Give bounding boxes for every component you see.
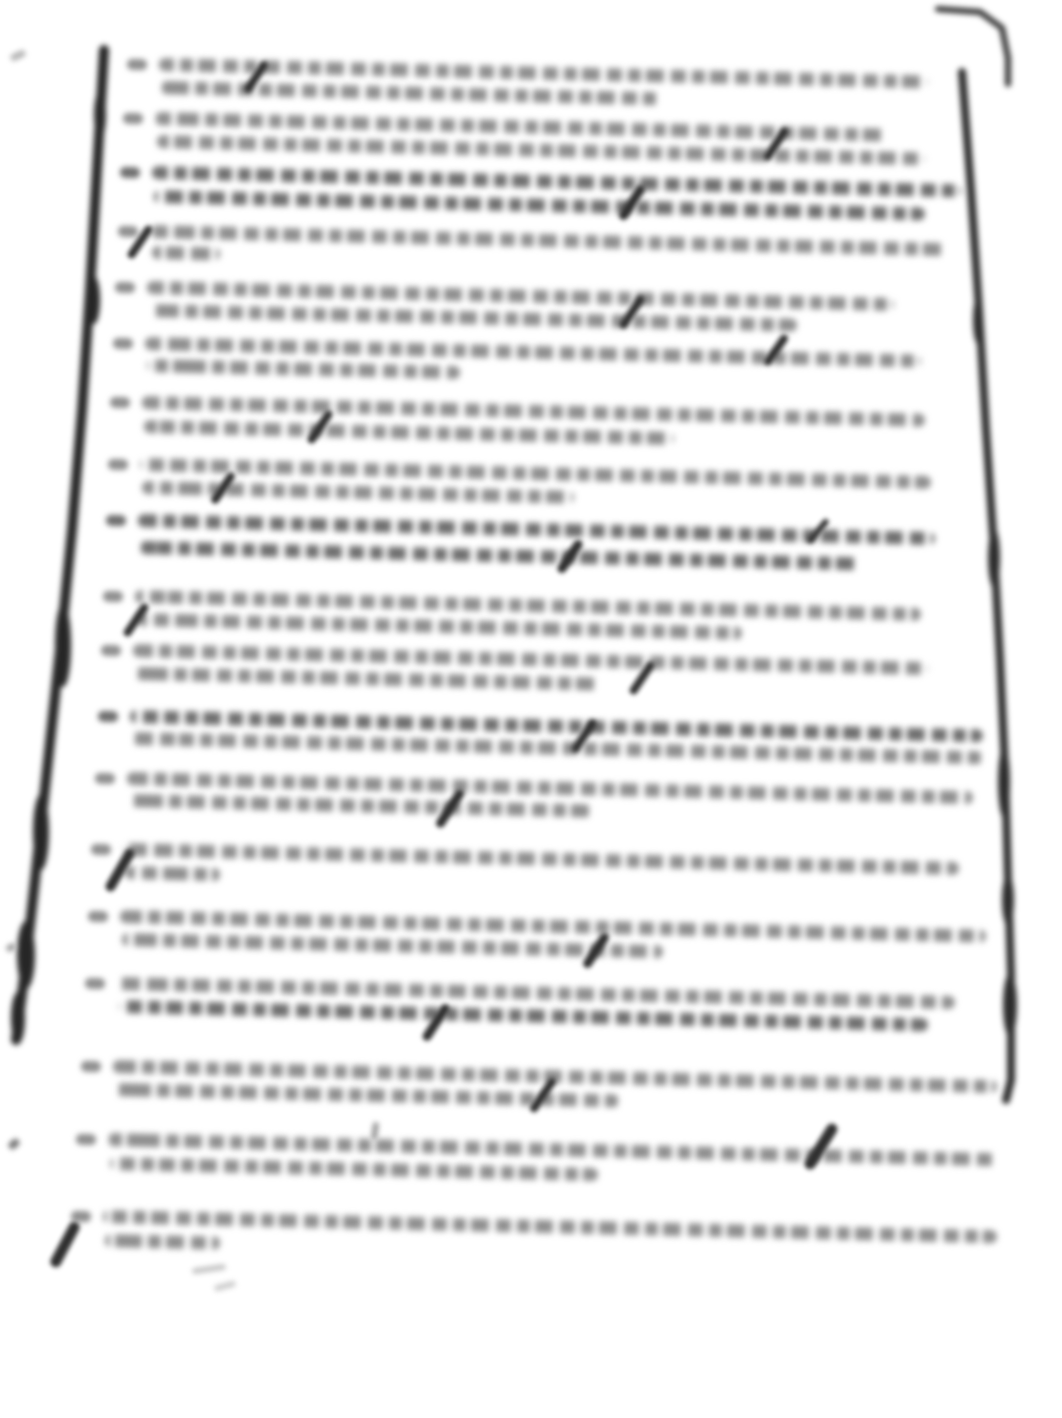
scanned-exam-page [0,0,1062,1418]
text-line-blurred [152,246,220,261]
question-number-blurred [95,773,115,784]
question-number-blurred [115,282,135,293]
question-number-blurred [98,711,118,722]
text-line-blurred [110,1157,598,1181]
text-line-blurred [140,541,860,570]
text-line-blurred [123,843,959,875]
question-number-blurred [76,1134,96,1145]
pen-checkmark [48,1219,81,1268]
pen-checkmark [803,1121,840,1171]
question-number-blurred [103,591,123,602]
question-number-blurred [123,113,143,124]
text-line-blurred [147,359,460,379]
question-number-blurred [85,978,105,989]
stray-smudge [371,1122,379,1141]
question-number-blurred [91,844,111,855]
text-line-blurred [103,1210,997,1243]
question-blocks-layer [0,0,1062,1418]
text-line-blurred [137,613,742,640]
text-line-blurred [135,667,598,691]
question-number-blurred [106,515,126,526]
question-number-blurred [118,226,138,237]
text-line-blurred [105,1234,220,1250]
question-number-blurred [81,1061,101,1072]
text-line-blurred [154,190,925,220]
text-line-blurred [150,225,945,256]
question-number-blurred [88,911,108,922]
stray-smudge [214,1280,237,1291]
text-line-blurred [149,304,797,332]
text-line-blurred [144,420,674,445]
question-number-blurred [127,59,147,70]
text-line-blurred [142,481,574,504]
stray-smudge [192,1264,227,1275]
stray-smudge [9,49,26,62]
text-line-blurred [125,866,220,881]
question-number-blurred [120,167,140,178]
question-number-blurred [101,645,121,656]
stray-smudge [5,942,17,953]
text-line-blurred [122,933,663,958]
question-number-blurred [110,397,130,408]
text-line-blurred [129,794,591,817]
question-number-blurred [113,338,133,349]
question-number-blurred [108,459,128,470]
text-line-blurred [161,81,660,105]
stray-smudge [7,1137,21,1151]
